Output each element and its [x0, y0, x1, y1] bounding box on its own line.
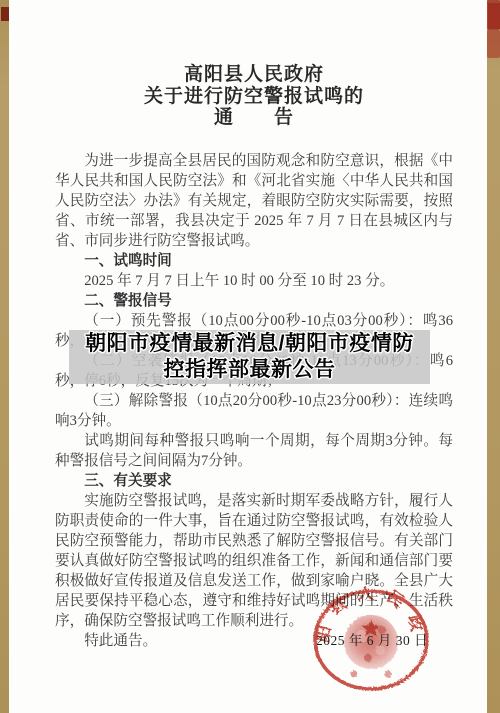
- section-heading: 三、有关要求: [55, 471, 453, 491]
- section-heading: 一、试鸣时间: [55, 251, 453, 271]
- notice-body: 为进一步提高全县居民的国防观念和防空意识，根据《中华人民共和国人民防空法》和《河…: [55, 151, 453, 651]
- headline-line-1: 朝阳市疫情最新消息/朝阳市疫情防: [85, 332, 414, 355]
- body-paragraph: 为进一步提高全县居民的国防观念和防空意识，根据《中华人民共和国人民防空法》和《河…: [55, 151, 453, 251]
- frame-right-edge: [487, 0, 500, 713]
- headline-text: 朝阳市疫情最新消息/朝阳市疫情防 控指挥部最新公告: [85, 331, 414, 383]
- title-line-3: 通 告: [214, 107, 294, 128]
- title-line-2: 关于进行防空警报试鸣的: [144, 86, 364, 107]
- title-line-1: 高阳县人民政府: [184, 64, 324, 85]
- frame-red-mark-top: [487, 0, 500, 30]
- body-paragraph: 2025 年 7 月 7 日上午 10 时 00 分至 10 时 23 分。: [55, 271, 453, 291]
- body-paragraph: 试鸣期间每种警报只鸣响一个周期，每个周期3分钟。每种警报信号之间间隔为7分钟。: [55, 431, 453, 471]
- frame-corner-top-left: [1, 7, 9, 21]
- headline-overlay: 朝阳市疫情最新消息/朝阳市疫情防 控指挥部最新公告: [69, 330, 430, 384]
- page-background: { "colors": { "seal_red": "#c6483c", "ed…: [0, 0, 500, 713]
- section-heading: 二、警报信号: [55, 291, 453, 311]
- headline-line-2: 控指挥部最新公告: [164, 358, 336, 381]
- issue-date: 2025 年 6 月 30 日: [316, 629, 428, 649]
- body-paragraph: （三）解除警报（10点20分00秒-10点23分00秒）：连续鸣响3分钟。: [55, 391, 453, 431]
- notice-document: 高阳县人民政府 关于进行防空警报试鸣的 通 告 为进一步提高全县居民的国防观念和…: [55, 0, 453, 651]
- notice-title: 高阳县人民政府 关于进行防空警报试鸣的 通 告: [55, 64, 453, 129]
- frame-left-edge: [0, 0, 9, 713]
- frame-red-mark-bottom: [487, 30, 500, 58]
